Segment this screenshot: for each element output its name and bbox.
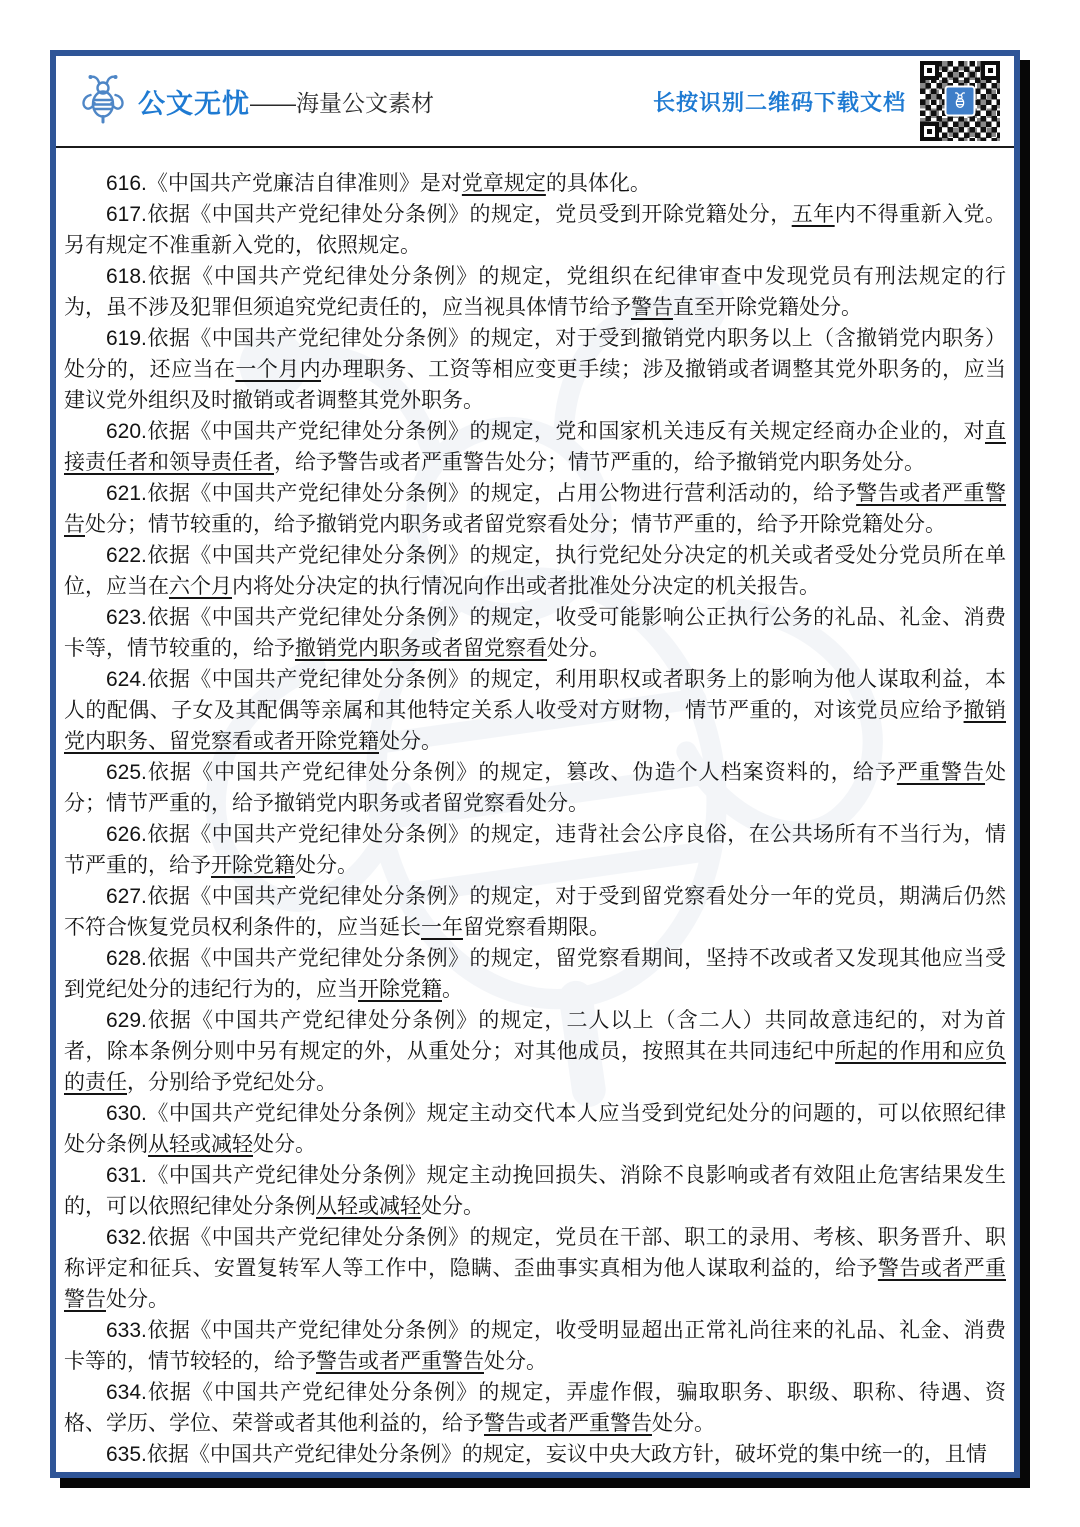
list-item: 617.依据《中国共产党纪律处分条例》的规定，党员受到开除党籍处分，五年内不得重… xyxy=(64,199,1006,261)
item-text: 依据《中国共产党纪律处分条例》的规定，留党察看期间，坚持不改或者又发现其他应当受… xyxy=(64,947,1006,1001)
item-text: 依据《中国共产党纪律处分条例》的规定，篡改、伪造个人档案资料的，给予 xyxy=(147,761,897,784)
item-text: 依据《中国共产党纪律处分条例》的规定，党组织在纪律审查中发现党员有刑法规定的行为… xyxy=(64,265,1006,319)
list-item: 629.依据《中国共产党纪律处分条例》的规定，二人以上（含二人）共同故意违纪的，… xyxy=(64,1005,1006,1098)
underlined-text: 党章规定 xyxy=(462,172,546,195)
item-text: 处分。 xyxy=(379,730,442,753)
item-number: 622. xyxy=(106,544,147,567)
qr-code[interactable] xyxy=(920,61,1000,141)
item-text: 处分。 xyxy=(106,1288,169,1311)
item-text: 。 xyxy=(442,978,463,1001)
underlined-text: 警告或者严重警告 xyxy=(316,1350,484,1373)
underlined-text: 开除党籍 xyxy=(358,978,442,1001)
item-number: 625. xyxy=(106,761,147,784)
underlined-text: 一年 xyxy=(421,916,463,939)
item-text: 处分。 xyxy=(295,854,358,877)
item-number: 617. xyxy=(106,203,147,226)
item-text: 处分；情节较重的，给予撤销党内职务或者留党察看处分；情节严重的，给予开除党籍处分… xyxy=(85,513,946,536)
list-item: 624.依据《中国共产党纪律处分条例》的规定，利用职权或者职务上的影响为他人谋取… xyxy=(64,664,1006,757)
list-item: 635.依据《中国共产党纪律处分条例》的规定，妄议中央大政方针，破坏党的集中统一… xyxy=(64,1439,1006,1470)
item-text: 依据《中国共产党纪律处分条例》的规定，党员受到开除党籍处分， xyxy=(147,203,792,226)
item-number: 632. xyxy=(106,1226,147,1249)
underlined-text: 从轻或减轻 xyxy=(148,1133,253,1156)
qr-finder-icon xyxy=(920,122,939,141)
underlined-text: 严重警告 xyxy=(897,761,985,784)
underlined-text: 六个月 xyxy=(169,575,232,598)
item-number: 633. xyxy=(106,1319,147,1342)
qr-hint-text: 长按识别二维码下载文档 xyxy=(653,86,906,117)
item-number: 618. xyxy=(106,265,147,288)
list-item: 633.依据《中国共产党纪律处分条例》的规定，收受明显超出正常礼尚往来的礼品、礼… xyxy=(64,1315,1006,1377)
item-number: 627. xyxy=(106,885,147,908)
item-text: ，分别给予党纪处分。 xyxy=(127,1071,337,1094)
underlined-text: 一个月内 xyxy=(235,358,321,381)
item-text: 依据《中国共产党纪律处分条例》的规定，妄议中央大政方针，破坏党的集中统一的，且情 xyxy=(147,1443,987,1466)
item-text: 处分。 xyxy=(484,1350,547,1373)
item-text: 留党察看期限。 xyxy=(463,916,610,939)
underlined-text: 撤销党内职务或者留党察看 xyxy=(295,637,547,660)
brand-name: 公文无忧 xyxy=(138,82,250,121)
item-number: 629. xyxy=(106,1009,147,1032)
qr-center-bee-icon xyxy=(945,86,976,117)
list-item: 631.《中国共产党纪律处分条例》规定主动挽回损失、消除不良影响或者有效阻止危害… xyxy=(64,1160,1006,1222)
list-item: 618.依据《中国共产党纪律处分条例》的规定，党组织在纪律审查中发现党员有刑法规… xyxy=(64,261,1006,323)
item-text: 依据《中国共产党纪律处分条例》的规定，违背社会公序良俗，在公共场所有不当行为，情… xyxy=(64,823,1006,877)
list-item: 625.依据《中国共产党纪律处分条例》的规定，篡改、伪造个人档案资料的，给予严重… xyxy=(64,757,1006,819)
item-text: 《中国共产党廉洁自律准则》是对 xyxy=(147,172,462,195)
item-text: 的具体化。 xyxy=(546,172,651,195)
item-number: 630. xyxy=(106,1102,147,1125)
underlined-text: 从轻或减轻 xyxy=(316,1195,421,1218)
qr-finder-icon xyxy=(981,61,1000,80)
underlined-text: 开除党籍 xyxy=(211,854,295,877)
item-text: 内将处分决定的执行情况向作出或者批准处分决定的机关报告。 xyxy=(232,575,820,598)
list-item: 632.依据《中国共产党纪律处分条例》的规定，党员在干部、职工的录用、考核、职务… xyxy=(64,1222,1006,1315)
item-text: 直至开除党籍处分。 xyxy=(673,296,862,319)
item-text: 处分。 xyxy=(547,637,610,660)
item-number: 620. xyxy=(106,420,147,443)
list-item: 634.依据《中国共产党纪律处分条例》的规定，弄虚作假，骗取职务、职级、职称、待… xyxy=(64,1377,1006,1439)
list-item: 619.依据《中国共产党纪律处分条例》的规定，对于受到撤销党内职务以上（含撤销党… xyxy=(64,323,1006,416)
list-item: 628.依据《中国共产党纪律处分条例》的规定，留党察看期间，坚持不改或者又发现其… xyxy=(64,943,1006,1005)
item-number: 619. xyxy=(106,327,147,350)
item-number: 628. xyxy=(106,947,147,970)
list-item: 626.依据《中国共产党纪律处分条例》的规定，违背社会公序良俗，在公共场所有不当… xyxy=(64,819,1006,881)
item-text: 依据《中国共产党纪律处分条例》的规定，利用职权或者职务上的影响为他人谋取利益，本… xyxy=(64,668,1006,722)
list-item: 616.《中国共产党廉洁自律准则》是对党章规定的具体化。 xyxy=(64,168,1006,199)
list-item: 622.依据《中国共产党纪律处分条例》的规定，执行党纪处分决定的机关或者受处分党… xyxy=(64,540,1006,602)
list-item: 620.依据《中国共产党纪律处分条例》的规定，党和国家机关违反有关规定经商办企业… xyxy=(64,416,1006,478)
item-text: 依据《中国共产党纪律处分条例》的规定，党员在干部、职工的录用、考核、职务晋升、职… xyxy=(64,1226,1006,1280)
item-text: 处分。 xyxy=(652,1412,715,1435)
document-body: 616.《中国共产党廉洁自律准则》是对党章规定的具体化。617.依据《中国共产党… xyxy=(56,148,1014,1470)
list-item: 623.依据《中国共产党纪律处分条例》的规定，收受可能影响公正执行公务的礼品、礼… xyxy=(64,602,1006,664)
item-text: 《中国共产党纪律处分条例》规定主动挽回损失、消除不良影响或者有效阻止危害结果发生… xyxy=(64,1164,1006,1218)
bee-logo-icon xyxy=(80,73,126,130)
item-number: 635. xyxy=(106,1443,147,1466)
item-text: 依据《中国共产党纪律处分条例》的规定，占用公物进行营利活动的，给予 xyxy=(147,482,856,505)
item-number: 621. xyxy=(106,482,147,505)
item-number: 624. xyxy=(106,668,147,691)
item-text: 处分。 xyxy=(421,1195,484,1218)
header: 公文无忧 ——海量公文素材 长按识别二维码下载文档 xyxy=(56,56,1014,148)
qr-finder-icon xyxy=(920,61,939,80)
item-text: 依据《中国共产党纪律处分条例》的规定，党和国家机关违反有关规定经商办企业的，对 xyxy=(147,420,985,443)
brand: 公文无忧 ——海量公文素材 xyxy=(80,73,434,130)
item-number: 616. xyxy=(106,172,147,195)
item-text: 处分。 xyxy=(253,1133,316,1156)
list-item: 627.依据《中国共产党纪律处分条例》的规定，对于受到留党察看处分一年的党员，期… xyxy=(64,881,1006,943)
item-number: 623. xyxy=(106,606,147,629)
item-text: ，给予警告或者严重警告处分；情节严重的，给予撤销党内职务处分。 xyxy=(274,451,925,474)
item-number: 631. xyxy=(106,1164,147,1187)
page-frame: 公文无忧 ——海量公文素材 长按识别二维码下载文档 616.《中国共产党廉洁自律… xyxy=(50,50,1020,1478)
list-item: 630.《中国共产党纪律处分条例》规定主动交代本人应当受到党纪处分的问题的，可以… xyxy=(64,1098,1006,1160)
underlined-text: 警告或者严重警告 xyxy=(484,1412,652,1435)
item-number: 626. xyxy=(106,823,147,846)
underlined-text: 五年 xyxy=(792,203,835,226)
item-number: 634. xyxy=(106,1381,147,1404)
underlined-text: 警告 xyxy=(631,296,673,319)
brand-tagline: ——海量公文素材 xyxy=(250,85,434,118)
list-item: 621.依据《中国共产党纪律处分条例》的规定，占用公物进行营利活动的，给予警告或… xyxy=(64,478,1006,540)
